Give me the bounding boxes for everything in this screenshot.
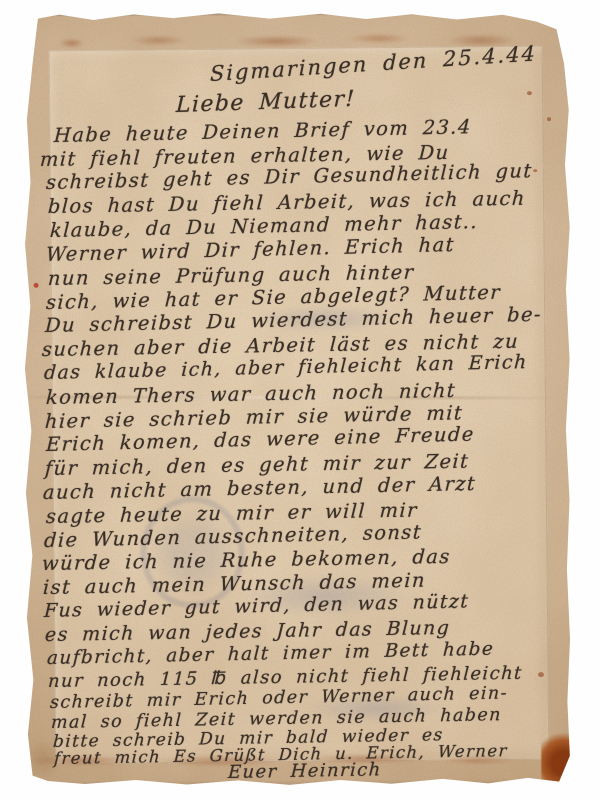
pressed-inner-panel [49, 46, 550, 765]
rust-spot [538, 672, 544, 677]
red-fleck [9, 129, 15, 138]
paper-sheet [3, 9, 574, 789]
letter-scan: Sigmaringen den 25.4.44 Liebe Mutter! Ha… [0, 0, 600, 800]
red-fleck [34, 283, 39, 288]
rust-spot [533, 169, 537, 172]
rust-spot [547, 117, 551, 121]
rust-spot [527, 91, 532, 95]
